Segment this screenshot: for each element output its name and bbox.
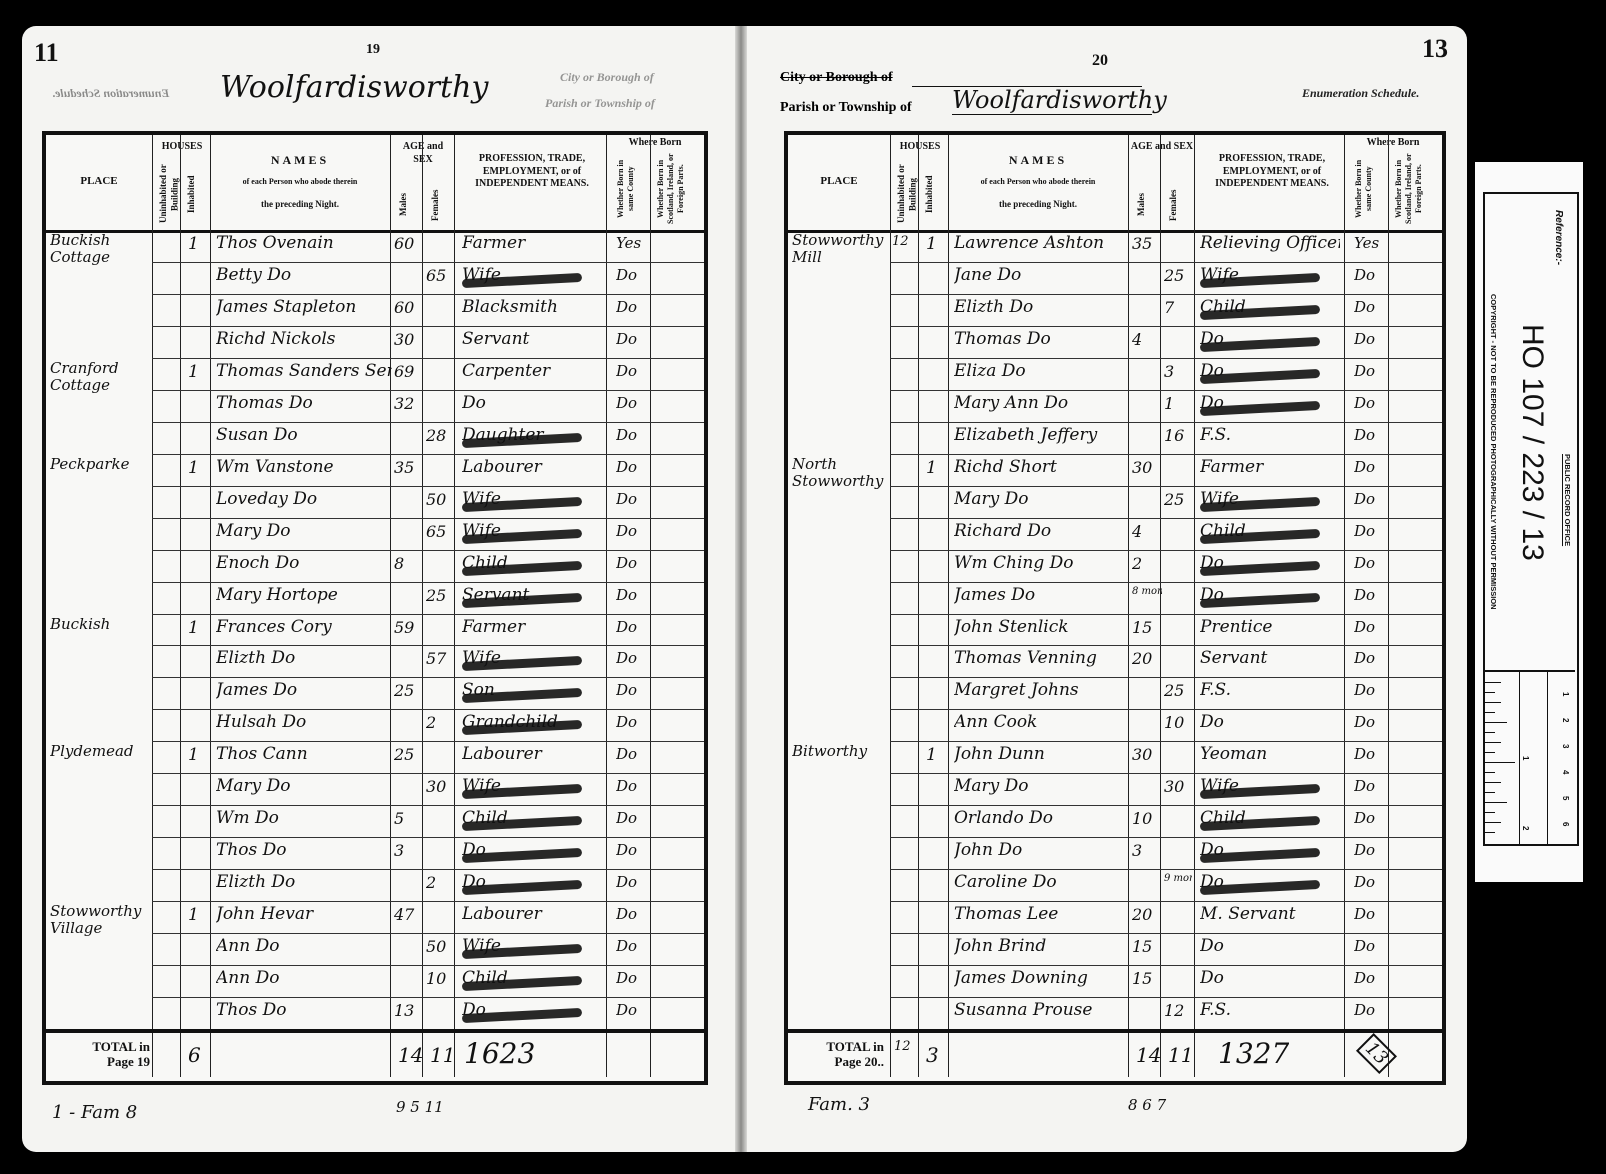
name-cell: Eliza Do [954, 361, 1130, 381]
row-divider [890, 997, 1442, 998]
place-cell: Stowworthy Village [50, 903, 150, 937]
column-divider [1388, 135, 1389, 1077]
profession-cell: F.S. [1200, 425, 1340, 445]
name-cell: Thos Do [216, 840, 392, 860]
male-age-cell: 35 [1132, 234, 1162, 253]
born-county-cell: Do [1354, 1001, 1375, 1019]
name-cell: Loveday Do [216, 489, 392, 509]
name-cell: Caroline Do [954, 872, 1130, 892]
profession-cell: Do [462, 393, 602, 413]
inhabited-cell: 1 [188, 362, 199, 382]
left-total-label2: Page 19 [107, 1054, 150, 1069]
ruler-cm-5: 5 [1561, 796, 1570, 800]
row-divider [152, 486, 704, 487]
born-county-cell: Do [616, 777, 637, 795]
female-age-cell: 50 [426, 490, 454, 509]
row-divider [890, 358, 1442, 359]
column-divider [650, 135, 651, 1077]
born-county-cell: Do [616, 809, 637, 827]
right-header-line1: City or Borough of [780, 70, 893, 86]
row-divider [890, 901, 1442, 902]
row-divider [152, 997, 704, 998]
book-spine [735, 26, 747, 1152]
profession-cell: Servant [1200, 648, 1340, 668]
right-total-boxed: 13 [1356, 1033, 1397, 1074]
name-cell: Elizabeth Jeffery [954, 425, 1130, 445]
profession-cell: Farmer [462, 617, 602, 637]
born-county-cell: Do [616, 330, 637, 348]
left-total-males: 14 [398, 1043, 423, 1067]
name-cell: James Do [954, 585, 1130, 605]
row-divider [890, 709, 1442, 710]
male-age-cell: 35 [394, 458, 424, 477]
name-cell: Ann Do [216, 968, 392, 988]
row-divider [152, 901, 704, 902]
row-divider [152, 550, 704, 551]
row-divider [890, 518, 1442, 519]
ruler-cm-3: 3 [1561, 744, 1570, 748]
name-cell: James Stapleton [216, 297, 392, 317]
column-divider [454, 135, 455, 1077]
name-cell: Thomas Do [216, 393, 392, 413]
born-county-cell: Do [616, 937, 637, 955]
profession-cell: F.S. [1200, 1000, 1340, 1020]
col-scotland: Whether Born in Scotland, Ireland, or Fo… [656, 153, 696, 225]
col-where-born: Where Born [1348, 137, 1438, 150]
col-scotland: Whether Born in Scotland, Ireland, or Fo… [1394, 153, 1434, 225]
row-divider [890, 837, 1442, 838]
born-county-cell: Do [1354, 522, 1375, 540]
right-page-mark: 20 [1092, 52, 1108, 70]
row-divider [890, 677, 1442, 678]
female-age-cell: 9 months [1164, 873, 1192, 884]
name-cell: Betty Do [216, 265, 392, 285]
place-cell: North Stowworthy [792, 456, 888, 490]
profession-cell: Prentice [1200, 617, 1340, 637]
left-top-mark: 19 [366, 42, 380, 58]
row-divider [890, 773, 1442, 774]
col-names-sub2: the preceding Night. [950, 199, 1126, 210]
right-total-label2: Page 20.. [835, 1054, 884, 1069]
measurement-ruler: 1 2 1 2 3 4 5 6 [1485, 670, 1575, 844]
name-cell: Mary Do [216, 521, 392, 541]
reference-label: Reference:- [1553, 210, 1564, 265]
row-divider [152, 358, 704, 359]
right-total-tally: 1327 [1218, 1037, 1289, 1070]
col-names: NAMES [950, 153, 1126, 168]
name-cell: Susan Do [216, 425, 392, 445]
col-inhabited: Inhabited [924, 163, 944, 225]
row-divider [890, 550, 1442, 551]
left-total-tally: 1623 [464, 1037, 535, 1070]
name-cell: Ann Cook [954, 712, 1130, 732]
name-cell: Enoch Do [216, 553, 392, 573]
male-age-cell: 15 [1132, 969, 1162, 988]
inhabited-cell: 1 [188, 458, 199, 478]
name-cell: Wm Do [216, 808, 392, 828]
left-header-line2: Parish or Township of [545, 96, 655, 111]
left-schedule-label: Enumeration Schedule. [52, 86, 169, 101]
male-age-cell: 69 [394, 362, 424, 381]
name-cell: Thos Ovenain [216, 233, 392, 253]
left-census-table: PLACE HOUSES Uninhabited or Building Inh… [42, 131, 708, 1085]
born-county-cell: Do [1354, 362, 1375, 380]
place-cell: Buckish [50, 616, 150, 633]
born-county-cell: Yes [616, 234, 641, 252]
place-cell: Bitworthy [792, 743, 888, 760]
right-corner-number: 13 [1422, 34, 1448, 64]
female-age-cell: 65 [426, 522, 454, 541]
name-cell: John Dunn [954, 744, 1130, 764]
col-houses: HOUSES [892, 141, 948, 154]
row-divider [152, 645, 704, 646]
born-county-cell: Do [1354, 649, 1375, 667]
name-cell: Frances Cory [216, 617, 392, 637]
ruler-inch-2: 2 [1521, 826, 1530, 830]
row-divider [890, 645, 1442, 646]
born-county-cell: Do [616, 1001, 637, 1019]
name-cell: Wm Ching Do [954, 553, 1130, 573]
name-cell: John Hevar [216, 904, 392, 924]
born-county-cell: Do [1354, 586, 1375, 604]
name-cell: Mary Ann Do [954, 393, 1130, 413]
col-males: Males [398, 185, 418, 225]
name-cell: Mary Do [954, 489, 1130, 509]
col-age-sex: AGE and SEX [1130, 141, 1194, 154]
row-divider [890, 741, 1442, 742]
female-age-cell: 57 [426, 649, 454, 668]
profession-cell: Servant [462, 329, 602, 349]
female-age-cell: 10 [426, 969, 454, 988]
row-divider [152, 869, 704, 870]
name-cell: Mary Do [216, 776, 392, 796]
row-divider [890, 805, 1442, 806]
inhabited-cell: 1 [188, 234, 199, 254]
female-age-cell: 7 [1164, 298, 1192, 317]
column-divider [1194, 135, 1195, 1077]
female-age-cell: 30 [1164, 777, 1192, 796]
column-divider [152, 135, 153, 1077]
left-total-inhabited: 6 [188, 1043, 201, 1067]
column-divider [948, 135, 949, 1077]
born-county-cell: Do [1354, 681, 1375, 699]
col-inhabited: Inhabited [186, 163, 206, 225]
left-header-line1: City or Borough of [560, 70, 654, 85]
col-females: Females [1168, 185, 1188, 225]
profession-cell: Labourer [462, 744, 602, 764]
column-divider [606, 135, 607, 1077]
row-divider [152, 454, 704, 455]
reference-slip: Reference:- HO 107 / 223 / 13 COPYRIGHT … [1475, 162, 1583, 882]
row-divider [890, 614, 1442, 615]
row-divider [152, 326, 704, 327]
born-county-cell: Do [616, 905, 637, 923]
copyright-notice: COPYRIGHT - NOT TO BE REPRODUCED PHOTOGR… [1489, 294, 1498, 610]
name-cell: Ann Do [216, 936, 392, 956]
born-county-cell: Do [616, 362, 637, 380]
female-age-cell: 30 [426, 777, 454, 796]
female-age-cell: 2 [426, 713, 454, 732]
ruler-cm-6: 6 [1561, 822, 1570, 826]
male-age-cell: 3 [394, 841, 424, 860]
col-uninhabited: Uninhabited or Building [896, 163, 916, 225]
name-cell: Thomas Sanders Senr [216, 361, 392, 381]
row-divider [890, 933, 1442, 934]
name-cell: Orlando Do [954, 808, 1130, 828]
column-divider [1344, 135, 1345, 1077]
row-divider [890, 869, 1442, 870]
right-tally-mark: 8 6 7 [1128, 1096, 1166, 1114]
ruler-cm-4: 4 [1561, 770, 1570, 774]
born-county-cell: Do [1354, 458, 1375, 476]
name-cell: Wm Vanstone [216, 457, 392, 477]
col-place: PLACE [788, 175, 890, 189]
column-divider [422, 135, 423, 1077]
name-cell: Mary Hortope [216, 585, 392, 605]
row-divider [152, 773, 704, 774]
name-cell: Mary Do [954, 776, 1130, 796]
female-age-cell: 28 [426, 426, 454, 445]
male-age-cell: 47 [394, 905, 424, 924]
ruler-cm-1: 1 [1561, 692, 1570, 696]
name-cell: Jane Do [954, 265, 1130, 285]
male-age-cell: 8 [394, 554, 424, 573]
left-total-label1: TOTAL in [92, 1039, 150, 1054]
male-age-cell: 60 [394, 298, 424, 317]
born-county-cell: Do [1354, 298, 1375, 316]
profession-cell: Farmer [1200, 457, 1340, 477]
right-census-table: PLACE HOUSES Uninhabited or Building Inh… [784, 131, 1446, 1085]
inhabited-cell: 1 [188, 745, 199, 765]
born-county-cell: Do [616, 554, 637, 572]
name-cell: Thos Cann [216, 744, 392, 764]
left-tally-mark: 9 5 11 [396, 1098, 444, 1116]
col-same-county: Whether Born in same County [616, 153, 646, 225]
born-county-cell: Do [1354, 490, 1375, 508]
ruler-inch-1: 1 [1521, 756, 1530, 760]
row-divider [890, 582, 1442, 583]
profession-cell: Do [1200, 712, 1340, 732]
profession-cell: Relieving Officer [1200, 233, 1340, 253]
row-divider [152, 805, 704, 806]
row-divider [890, 294, 1442, 295]
place-cell: Buckish Cottage [50, 232, 150, 266]
profession-cell: Farmer [462, 233, 602, 253]
row-divider [152, 614, 704, 615]
profession-cell: M. Servant [1200, 904, 1340, 924]
reference-number: HO 107 / 223 / 13 [1515, 324, 1549, 561]
male-age-cell: 30 [1132, 745, 1162, 764]
ruler-cm-2: 2 [1561, 718, 1570, 722]
row-divider [890, 454, 1442, 455]
inhabited-cell: 1 [188, 618, 199, 638]
born-county-cell: Do [1354, 554, 1375, 572]
row-divider [890, 326, 1442, 327]
born-county-cell: Do [616, 649, 637, 667]
female-age-cell: 16 [1164, 426, 1192, 445]
male-age-cell: 4 [1132, 330, 1162, 349]
left-total-row: TOTAL inPage 19 6 14 11 1623 [46, 1029, 704, 1081]
col-males: Males [1136, 185, 1156, 225]
born-county-cell: Do [616, 426, 637, 444]
col-profession: PROFESSION, TRADE, EMPLOYMENT, or of IND… [1198, 153, 1346, 191]
female-age-cell: 65 [426, 266, 454, 285]
born-county-cell: Yes [1354, 234, 1379, 252]
male-age-cell: 30 [394, 330, 424, 349]
col-names-sub1: of each Person who abode therein [950, 177, 1126, 187]
male-age-cell: 20 [1132, 649, 1162, 668]
column-divider [890, 135, 891, 1077]
row-divider [152, 677, 704, 678]
profession-cell: Yeoman [1200, 744, 1340, 764]
born-county-cell: Do [616, 458, 637, 476]
born-county-cell: Do [1354, 969, 1375, 987]
born-county-cell: Do [616, 873, 637, 891]
born-county-cell: Do [1354, 426, 1375, 444]
column-divider [180, 135, 181, 1077]
col-uninhabited: Uninhabited or Building [158, 163, 178, 225]
male-age-cell: 8 months [1132, 586, 1162, 597]
col-females: Females [430, 185, 450, 225]
left-families-note: 1 - Fam 8 [52, 1102, 137, 1123]
row-divider [890, 965, 1442, 966]
male-age-cell: 25 [394, 681, 424, 700]
born-county-cell: Do [1354, 394, 1375, 412]
right-parish-name: Woolfardisworthy [952, 86, 1152, 115]
female-age-cell: 25 [1164, 681, 1192, 700]
born-county-cell: Do [616, 841, 637, 859]
born-county-cell: Do [1354, 905, 1375, 923]
born-county-cell: Do [616, 490, 637, 508]
col-names-sub1: of each Person who abode therein [212, 177, 388, 187]
right-families-note: Fam. 3 [808, 1094, 870, 1115]
name-cell: Thos Do [216, 1000, 392, 1020]
name-cell: Richd Short [954, 457, 1130, 477]
place-cell: Cranford Cottage [50, 360, 150, 394]
right-total-uninhabited: 12 [894, 1039, 911, 1054]
inhabited-cell: 1 [188, 905, 199, 925]
col-same-county: Whether Born in same County [1354, 153, 1384, 225]
name-cell: Elizth Do [216, 872, 392, 892]
inhabited-cell: 1 [926, 458, 937, 478]
born-county-cell: Do [1354, 873, 1375, 891]
name-cell: Thomas Venning [954, 648, 1130, 668]
place-cell: Stowworthy Mill [792, 232, 888, 266]
name-cell: Hulsah Do [216, 712, 392, 732]
male-age-cell: 15 [1132, 937, 1162, 956]
uninhabited-cell: 12 [892, 234, 909, 249]
born-county-cell: Do [1354, 330, 1375, 348]
female-age-cell: 25 [1164, 266, 1192, 285]
row-divider [152, 837, 704, 838]
born-county-cell: Do [1354, 841, 1375, 859]
born-county-cell: Do [616, 394, 637, 412]
born-county-cell: Do [616, 969, 637, 987]
right-header-line2: Parish or Township of [780, 100, 912, 116]
col-age-sex: AGE and SEX [392, 141, 454, 166]
row-divider [890, 486, 1442, 487]
male-age-cell: 5 [394, 809, 424, 828]
name-cell: Thomas Lee [954, 904, 1130, 924]
name-cell: John Do [954, 840, 1130, 860]
born-county-cell: Do [1354, 618, 1375, 636]
male-age-cell: 32 [394, 394, 424, 413]
column-divider [210, 135, 211, 1077]
born-county-cell: Do [1354, 809, 1375, 827]
born-county-cell: Do [616, 618, 637, 636]
profession-cell: Carpenter [462, 361, 602, 381]
male-age-cell: 15 [1132, 618, 1162, 637]
male-age-cell: 13 [394, 1001, 424, 1020]
row-divider [152, 390, 704, 391]
public-record-office: PUBLIC RECORD OFFICE [1563, 454, 1572, 546]
male-age-cell: 30 [1132, 458, 1162, 477]
left-corner-number: 11 [34, 38, 59, 68]
profession-cell: Blacksmith [462, 297, 602, 317]
name-cell: James Do [216, 680, 392, 700]
row-divider [890, 390, 1442, 391]
male-age-cell: 10 [1132, 809, 1162, 828]
column-divider [918, 135, 919, 1077]
row-divider [152, 582, 704, 583]
profession-cell: Do [1200, 968, 1340, 988]
place-cell: Plydemead [50, 743, 150, 760]
row-divider [152, 518, 704, 519]
male-age-cell: 2 [1132, 554, 1162, 573]
inhabited-cell: 1 [926, 234, 937, 254]
col-houses: HOUSES [154, 141, 210, 154]
col-where-born: Where Born [610, 137, 700, 150]
right-total-males: 14 [1136, 1043, 1161, 1067]
row-divider [152, 741, 704, 742]
male-age-cell: 3 [1132, 841, 1162, 860]
born-county-cell: Do [1354, 266, 1375, 284]
male-age-cell: 20 [1132, 905, 1162, 924]
name-cell: Elizth Do [954, 297, 1130, 317]
row-divider [890, 422, 1442, 423]
place-cell: Peckparke [50, 456, 150, 473]
male-age-cell: 59 [394, 618, 424, 637]
row-divider [152, 294, 704, 295]
row-divider [152, 422, 704, 423]
female-age-cell: 2 [426, 873, 454, 892]
male-age-cell: 25 [394, 745, 424, 764]
born-county-cell: Do [616, 522, 637, 540]
born-county-cell: Do [1354, 777, 1375, 795]
born-county-cell: Do [616, 713, 637, 731]
born-county-cell: Do [1354, 937, 1375, 955]
profession-cell: Labourer [462, 904, 602, 924]
male-age-cell: 60 [394, 234, 424, 253]
profession-cell: Do [1200, 936, 1340, 956]
name-cell: Thomas Do [954, 329, 1130, 349]
born-county-cell: Do [616, 266, 637, 284]
left-parish-name: Woolfardisworthy [220, 70, 488, 105]
profession-cell: Labourer [462, 457, 602, 477]
born-county-cell: Do [1354, 745, 1375, 763]
right-total-inhabited: 3 [926, 1043, 939, 1067]
col-names: NAMES [212, 153, 388, 168]
born-county-cell: Do [616, 745, 637, 763]
right-total-females: 11 [1168, 1043, 1193, 1067]
right-total-label1: TOTAL in [826, 1039, 884, 1054]
name-cell: John Stenlick [954, 617, 1130, 637]
born-county-cell: Do [616, 586, 637, 604]
name-cell: John Brind [954, 936, 1130, 956]
inhabited-cell: 1 [926, 745, 937, 765]
female-age-cell: 25 [1164, 490, 1192, 509]
born-county-cell: Do [1354, 713, 1375, 731]
